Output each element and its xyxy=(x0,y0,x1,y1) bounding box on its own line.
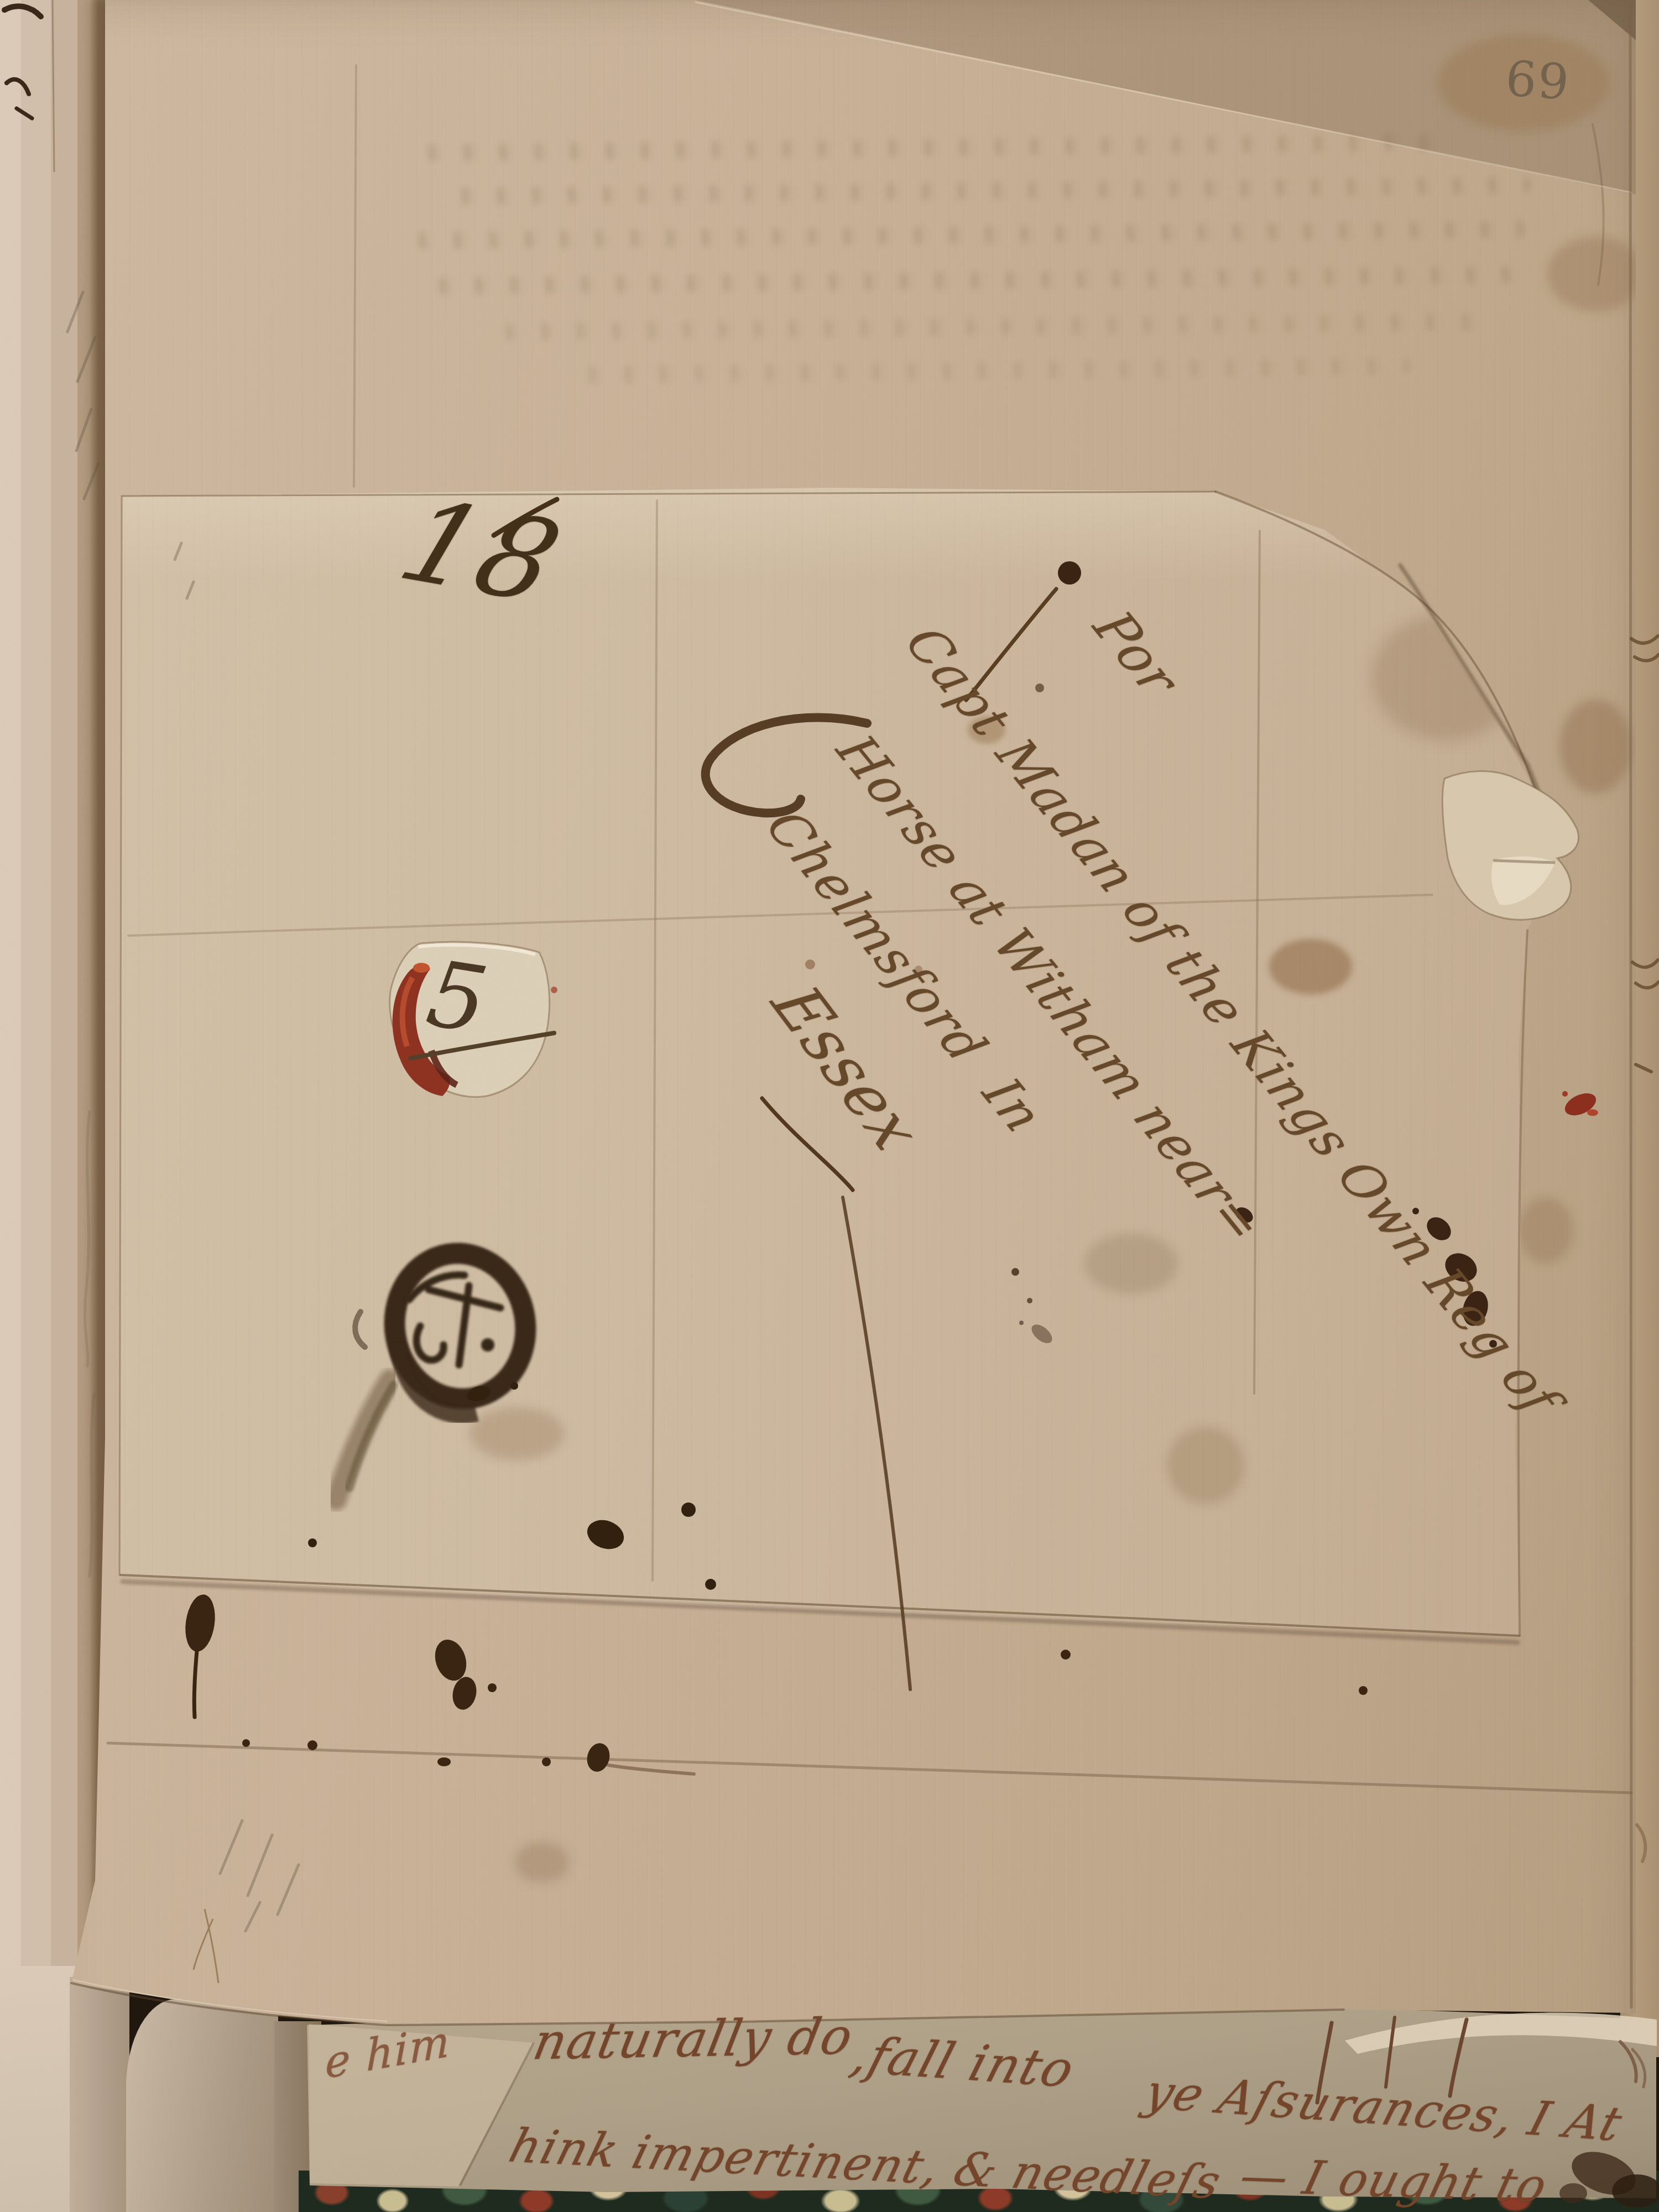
ghost-writing-line xyxy=(431,267,1526,295)
overleaf-line1-seg1: naturally do xyxy=(529,2012,857,2067)
stain xyxy=(1518,1197,1573,1264)
stain xyxy=(514,1841,570,1883)
paper-stack-bottom-left xyxy=(0,1966,77,2212)
ghost-writing-line xyxy=(410,221,1527,249)
stain xyxy=(1167,1427,1244,1504)
ghost-writing-line xyxy=(420,134,1443,161)
ghost-writing-line xyxy=(581,358,1410,383)
stain xyxy=(470,1407,564,1460)
paper-stack-sheet xyxy=(126,1999,278,2212)
overleaf-line1-seg2: ,fall into xyxy=(846,2031,1080,2095)
ghost-writing-line xyxy=(453,177,1532,205)
paper-stack-sheet xyxy=(70,1977,129,2212)
stain xyxy=(1084,1233,1178,1294)
stain xyxy=(1269,939,1352,994)
ghost-writing-line xyxy=(498,314,1493,341)
photo-of-manuscript: 69 18 Por Capt Madan of the Kings Own Re… xyxy=(0,0,1659,2212)
stain xyxy=(1559,700,1631,794)
overleaf-line2-seg3: — I ought to xyxy=(1235,2152,1552,2209)
stain xyxy=(1547,237,1644,311)
folio-number: 69 xyxy=(1504,54,1572,107)
